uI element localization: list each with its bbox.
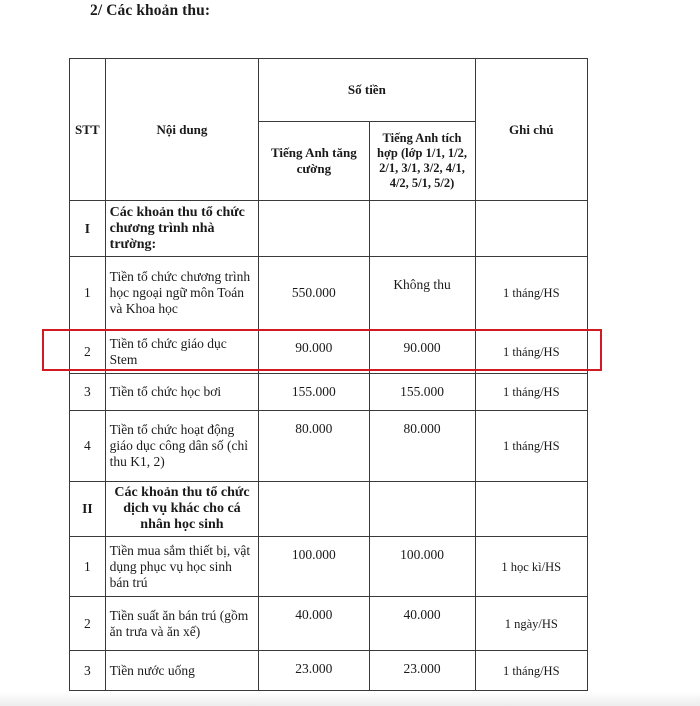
row-content: Tiền tổ chức giáo dục Stem (105, 330, 259, 374)
row-stt: 1 (70, 537, 106, 597)
fees-table: STT Nội dung Số tiền Ghi chú Tiếng Anh t… (69, 58, 588, 691)
table-row: 1 Tiền tổ chức chương trình học ngoại ng… (70, 257, 588, 330)
table-row: 4 Tiền tổ chức hoạt động giáo dục công d… (70, 411, 588, 482)
group-empty-cell (475, 482, 588, 537)
header-row-top: STT Nội dung Số tiền Ghi chú (70, 59, 588, 122)
group-empty-cell (259, 201, 369, 257)
header-amount-group: Số tiền (259, 59, 475, 122)
table-row-highlighted: 2 Tiền tổ chức giáo dục Stem 90.000 90.0… (70, 330, 588, 374)
row-stt: 2 (70, 597, 106, 651)
row-amount-enhanced: 80.000 (259, 411, 369, 482)
row-amount-enhanced: 100.000 (259, 537, 369, 597)
row-stt: 4 (70, 411, 106, 482)
row-amount-integrated: Không thu (369, 257, 475, 330)
group-empty-cell (475, 201, 588, 257)
page-bottom-shade (0, 692, 700, 706)
row-amount-enhanced: 23.000 (259, 651, 369, 691)
group-title: Các khoản thu tổ chức dịch vụ khác cho c… (105, 482, 259, 537)
table-row: 3 Tiền tổ chức học bơi 155.000 155.000 1… (70, 374, 588, 411)
table-row: 3 Tiền nước uống 23.000 23.000 1 tháng/H… (70, 651, 588, 691)
header-amount-integrated: Tiếng Anh tích hợp (lớp 1/1, 1/2, 2/1, 3… (369, 122, 475, 201)
group-title: Các khoản thu tổ chức chương trình nhà t… (105, 201, 259, 257)
row-stt: 1 (70, 257, 106, 330)
header-content: Nội dung (105, 59, 259, 201)
group-row: II Các khoản thu tổ chức dịch vụ khác ch… (70, 482, 588, 537)
row-content: Tiền tổ chức học bơi (105, 374, 259, 411)
row-amount-integrated: 23.000 (369, 651, 475, 691)
group-empty-cell (369, 201, 475, 257)
row-note: 1 tháng/HS (475, 374, 588, 411)
row-note: 1 ngày/HS (475, 597, 588, 651)
row-amount-enhanced: 40.000 (259, 597, 369, 651)
row-note: 1 tháng/HS (475, 651, 588, 691)
group-row: I Các khoản thu tổ chức chương trình nhà… (70, 201, 588, 257)
row-content: Tiền tổ chức chương trình học ngoại ngữ … (105, 257, 259, 330)
row-amount-enhanced: 155.000 (259, 374, 369, 411)
header-note: Ghi chú (475, 59, 588, 201)
row-amount-integrated: 80.000 (369, 411, 475, 482)
row-content: Tiền nước uống (105, 651, 259, 691)
table-row: 1 Tiền mua sắm thiết bị, vật dụng phục v… (70, 537, 588, 597)
header-amount-enhanced: Tiếng Anh tăng cường (259, 122, 369, 201)
row-content: Tiền tổ chức hoạt động giáo dục công dân… (105, 411, 259, 482)
row-amount-integrated: 90.000 (369, 330, 475, 374)
row-stt: 3 (70, 651, 106, 691)
header-stt: STT (70, 59, 106, 201)
row-stt: 3 (70, 374, 106, 411)
group-empty-cell (259, 482, 369, 537)
row-stt: 2 (70, 330, 106, 374)
row-content: Tiền suất ăn bán trú (gồm ăn trưa và ăn … (105, 597, 259, 651)
row-note: 1 tháng/HS (475, 257, 588, 330)
row-content: Tiền mua sắm thiết bị, vật dụng phục vụ … (105, 537, 259, 597)
row-note: 1 tháng/HS (475, 411, 588, 482)
table-row: 2 Tiền suất ăn bán trú (gồm ăn trưa và ă… (70, 597, 588, 651)
group-stt: I (70, 201, 106, 257)
row-note: 1 tháng/HS (475, 330, 588, 374)
row-amount-enhanced: 90.000 (259, 330, 369, 374)
group-empty-cell (369, 482, 475, 537)
group-stt: II (70, 482, 106, 537)
row-amount-enhanced: 550.000 (259, 257, 369, 330)
row-amount-integrated: 155.000 (369, 374, 475, 411)
row-amount-integrated: 40.000 (369, 597, 475, 651)
section-heading: 2/ Các khoản thu: (90, 2, 210, 20)
row-note: 1 học kì/HS (475, 537, 588, 597)
row-amount-integrated: 100.000 (369, 537, 475, 597)
